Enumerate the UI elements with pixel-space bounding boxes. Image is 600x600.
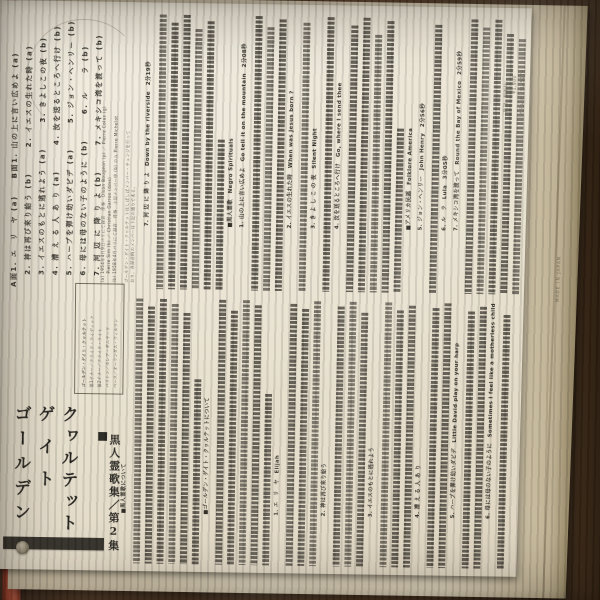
text-column-filler: [438, 303, 451, 568]
song-heading: 1. エ リ ヤ Elijah: [275, 455, 281, 516]
song-heading: 5. ジョン・ヘンリー John Henry 2分56秒: [419, 103, 427, 230]
members-box: ゴールデン・ゲイト・クヮルテット第1テナー／クライド・ライディック第2テナー／ク…: [74, 283, 125, 395]
text-column-filler: [145, 307, 155, 564]
plastic-sleeve-corner-reflection: [27, 19, 141, 133]
text-column-filler: [192, 379, 201, 564]
song-heading: ■ゴールデン・ゲイト・クヮルテットについて: [204, 397, 211, 515]
text-column-filler: [157, 299, 167, 564]
sleeve-grommet: [16, 541, 29, 554]
song-heading: 2. 神は再び来り給う: [322, 463, 328, 517]
text-column-filler: [286, 304, 297, 566]
text-column-filler: [262, 394, 271, 565]
text-column-filler: [180, 15, 190, 290]
member-line: 第1テナー／クライド・ライディック: [90, 315, 95, 387]
text-column-filler: [500, 34, 513, 295]
text-column-filler: [333, 307, 345, 567]
text-column-filler: [403, 306, 416, 568]
text-column-filler: [250, 305, 261, 565]
text-column-filler: [263, 27, 274, 291]
text-column-filler: [344, 302, 356, 567]
credit-line: (b) 1958年4月パリにて録音 伴奏 上記メンバー中 (b) のみ Pier…: [113, 116, 119, 283]
text-column-filler: [180, 313, 190, 564]
text-column-filler: [309, 301, 321, 566]
text-column-filler: [497, 315, 510, 569]
text-column-filler: [476, 28, 489, 295]
text-column-filler: [251, 16, 262, 291]
text-column-filler: [391, 310, 403, 567]
text-column-filler: [239, 300, 250, 565]
song-heading: 2. イエスの生れた時 When was Jesus born ?: [288, 90, 296, 228]
member-line: 第2テナー／クライド・ライト: [98, 328, 103, 387]
text-column-filler: [297, 309, 308, 566]
text-column-filler: [356, 313, 368, 567]
song-heading: 4. 汝を送るところへ行け Go, where I send thee: [335, 82, 343, 229]
song-heading: 6. 母には母のない子のように Sometimes I feel like a …: [486, 303, 497, 519]
song-heading: ■アメリカ民謡 Folklore America: [407, 128, 415, 230]
text-column-filler: [473, 307, 486, 569]
song-heading: 7. メキシコ湾を渡って Round the Bay of Mexico 2分5…: [454, 51, 464, 231]
text-column-filler: [429, 25, 442, 294]
text-column-filler: [382, 21, 395, 293]
song-heading: 3. イエスのもとに逃れよう: [369, 447, 376, 517]
members-box-heading: ゴールデン・ゲイト・クヮルテット: [82, 318, 87, 387]
text-column-filler: [393, 129, 403, 293]
album-title-line3: クヮルテット: [56, 405, 82, 535]
text-column-filler: [204, 21, 215, 290]
song-heading: 6. ル ラ Lula 3分05秒: [442, 155, 449, 231]
album-title-line1: ゴールデン: [9, 405, 35, 528]
album-title-line2: ゲイト: [33, 405, 58, 502]
member-line: バリトン／カレブ・ギニヤード: [106, 327, 111, 388]
price-label: ¥1,800: [513, 75, 518, 94]
text-column-filler: [370, 35, 382, 293]
song-heading: 3. き よ し こ の 夜 Silent Night: [312, 128, 319, 229]
song-heading: ■黒人霊歌について: [122, 463, 128, 513]
text-column-filler: [227, 311, 238, 565]
text-column-filler: [465, 19, 478, 294]
credit-line: おり、各録音時のメンバーは下記の通りである。: [131, 184, 136, 283]
text-column-filler: [192, 29, 202, 290]
text-column-filler: [462, 311, 475, 568]
text-column-filler: [358, 18, 370, 293]
text-column-filler: [488, 20, 502, 295]
text-column-filler: [322, 17, 334, 292]
photo-of-lp-back-cover: MADE IN JAPAN A面1. エ リ ヤ (a) B面1. 山の上に言い…: [0, 0, 600, 600]
song-heading: 1. 山の上に言い広めよ Go tell it on the mountain …: [240, 43, 249, 228]
text-column-filler: [275, 19, 286, 291]
text-column-filler: [379, 302, 391, 567]
text-column-filler: [299, 23, 311, 292]
text-column-filler: [216, 140, 225, 290]
song-heading: 5. ハープを弾け幼いダビデ Little David play on your…: [451, 343, 461, 519]
song-heading: ■黒人霊歌 Negro Spirituals: [228, 138, 235, 228]
text-column-filler: [168, 23, 178, 290]
song-heading: 4. 漕 え る 人 あ り: [416, 465, 423, 518]
stereo-catalog-number: ステレオ SL-5079: [521, 69, 527, 115]
text-column-filler: [168, 304, 178, 564]
text-column-filler: [133, 299, 143, 564]
member-line: ベース／オーランダス・ウィルソン: [114, 318, 119, 387]
track-row: A面1. エ リ ヤ (a) B面1. 山の上に言い広めよ (a): [11, 52, 20, 287]
album-subtitle: 黒人霊歌集／第2集: [105, 434, 122, 553]
text-column-filler: [156, 14, 166, 289]
text-column-filler: [426, 308, 439, 568]
song-heading: 7. 河 辺 に 降 り よ Down by the riverside 2分1…: [145, 61, 153, 226]
text-column-filler: [215, 300, 226, 565]
made-in-japan-print: MADE IN JAPAN: [556, 256, 562, 302]
text-column-filler: [346, 25, 358, 292]
